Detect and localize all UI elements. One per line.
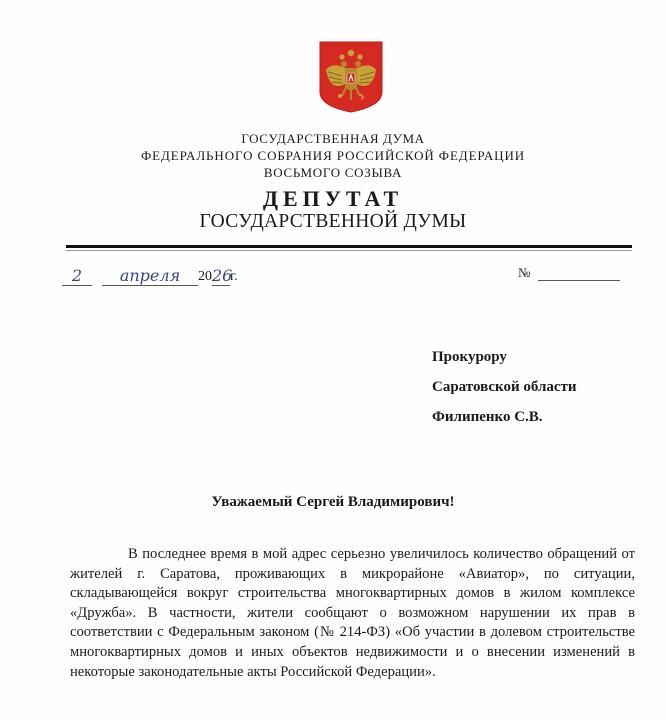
date-field: 2 апреля 20 26 г. — [62, 262, 238, 286]
body-paragraph: В последнее время в мой адрес серьезно у… — [70, 545, 635, 682]
letterhead-subtitle: ГОСУДАРСТВЕННОЙ ДУМЫ — [0, 211, 666, 233]
letterhead-divider-thin — [66, 250, 632, 251]
letterhead-line2: ФЕДЕРАЛЬНОГО СОБРАНИЯ РОССИЙСКОЙ ФЕДЕРАЦ… — [0, 148, 666, 164]
number-value — [538, 264, 620, 281]
letterhead-title: ДЕПУТАТ — [0, 186, 666, 212]
salutation: Уважаемый Сергей Владимирович! — [0, 494, 666, 511]
date-month-handwritten: апреля — [102, 267, 198, 286]
letterhead-line3: ВОСЬМОГО СОЗЫВА — [0, 165, 666, 181]
addressee-position: Прокурору — [432, 349, 507, 366]
russian-coat-of-arms-icon — [318, 40, 384, 114]
date-year-prefix: 20 — [198, 268, 212, 286]
letterhead-divider-thick — [66, 245, 632, 248]
number-label: № — [518, 265, 530, 281]
addressee-name: Филипенко С.В. — [432, 409, 543, 426]
letterhead-line1: ГОСУДАРСТВЕННАЯ ДУМА — [0, 131, 666, 147]
letter-page: ГОСУДАРСТВЕННАЯ ДУМА ФЕДЕРАЛЬНОГО СОБРАН… — [0, 0, 666, 720]
addressee-region: Саратовской области — [432, 379, 577, 396]
document-number-field: № — [518, 264, 620, 281]
date-year-handwritten: 26 — [212, 267, 230, 286]
date-day-handwritten: 2 — [62, 267, 92, 286]
date-year-unit: г. — [230, 268, 238, 286]
